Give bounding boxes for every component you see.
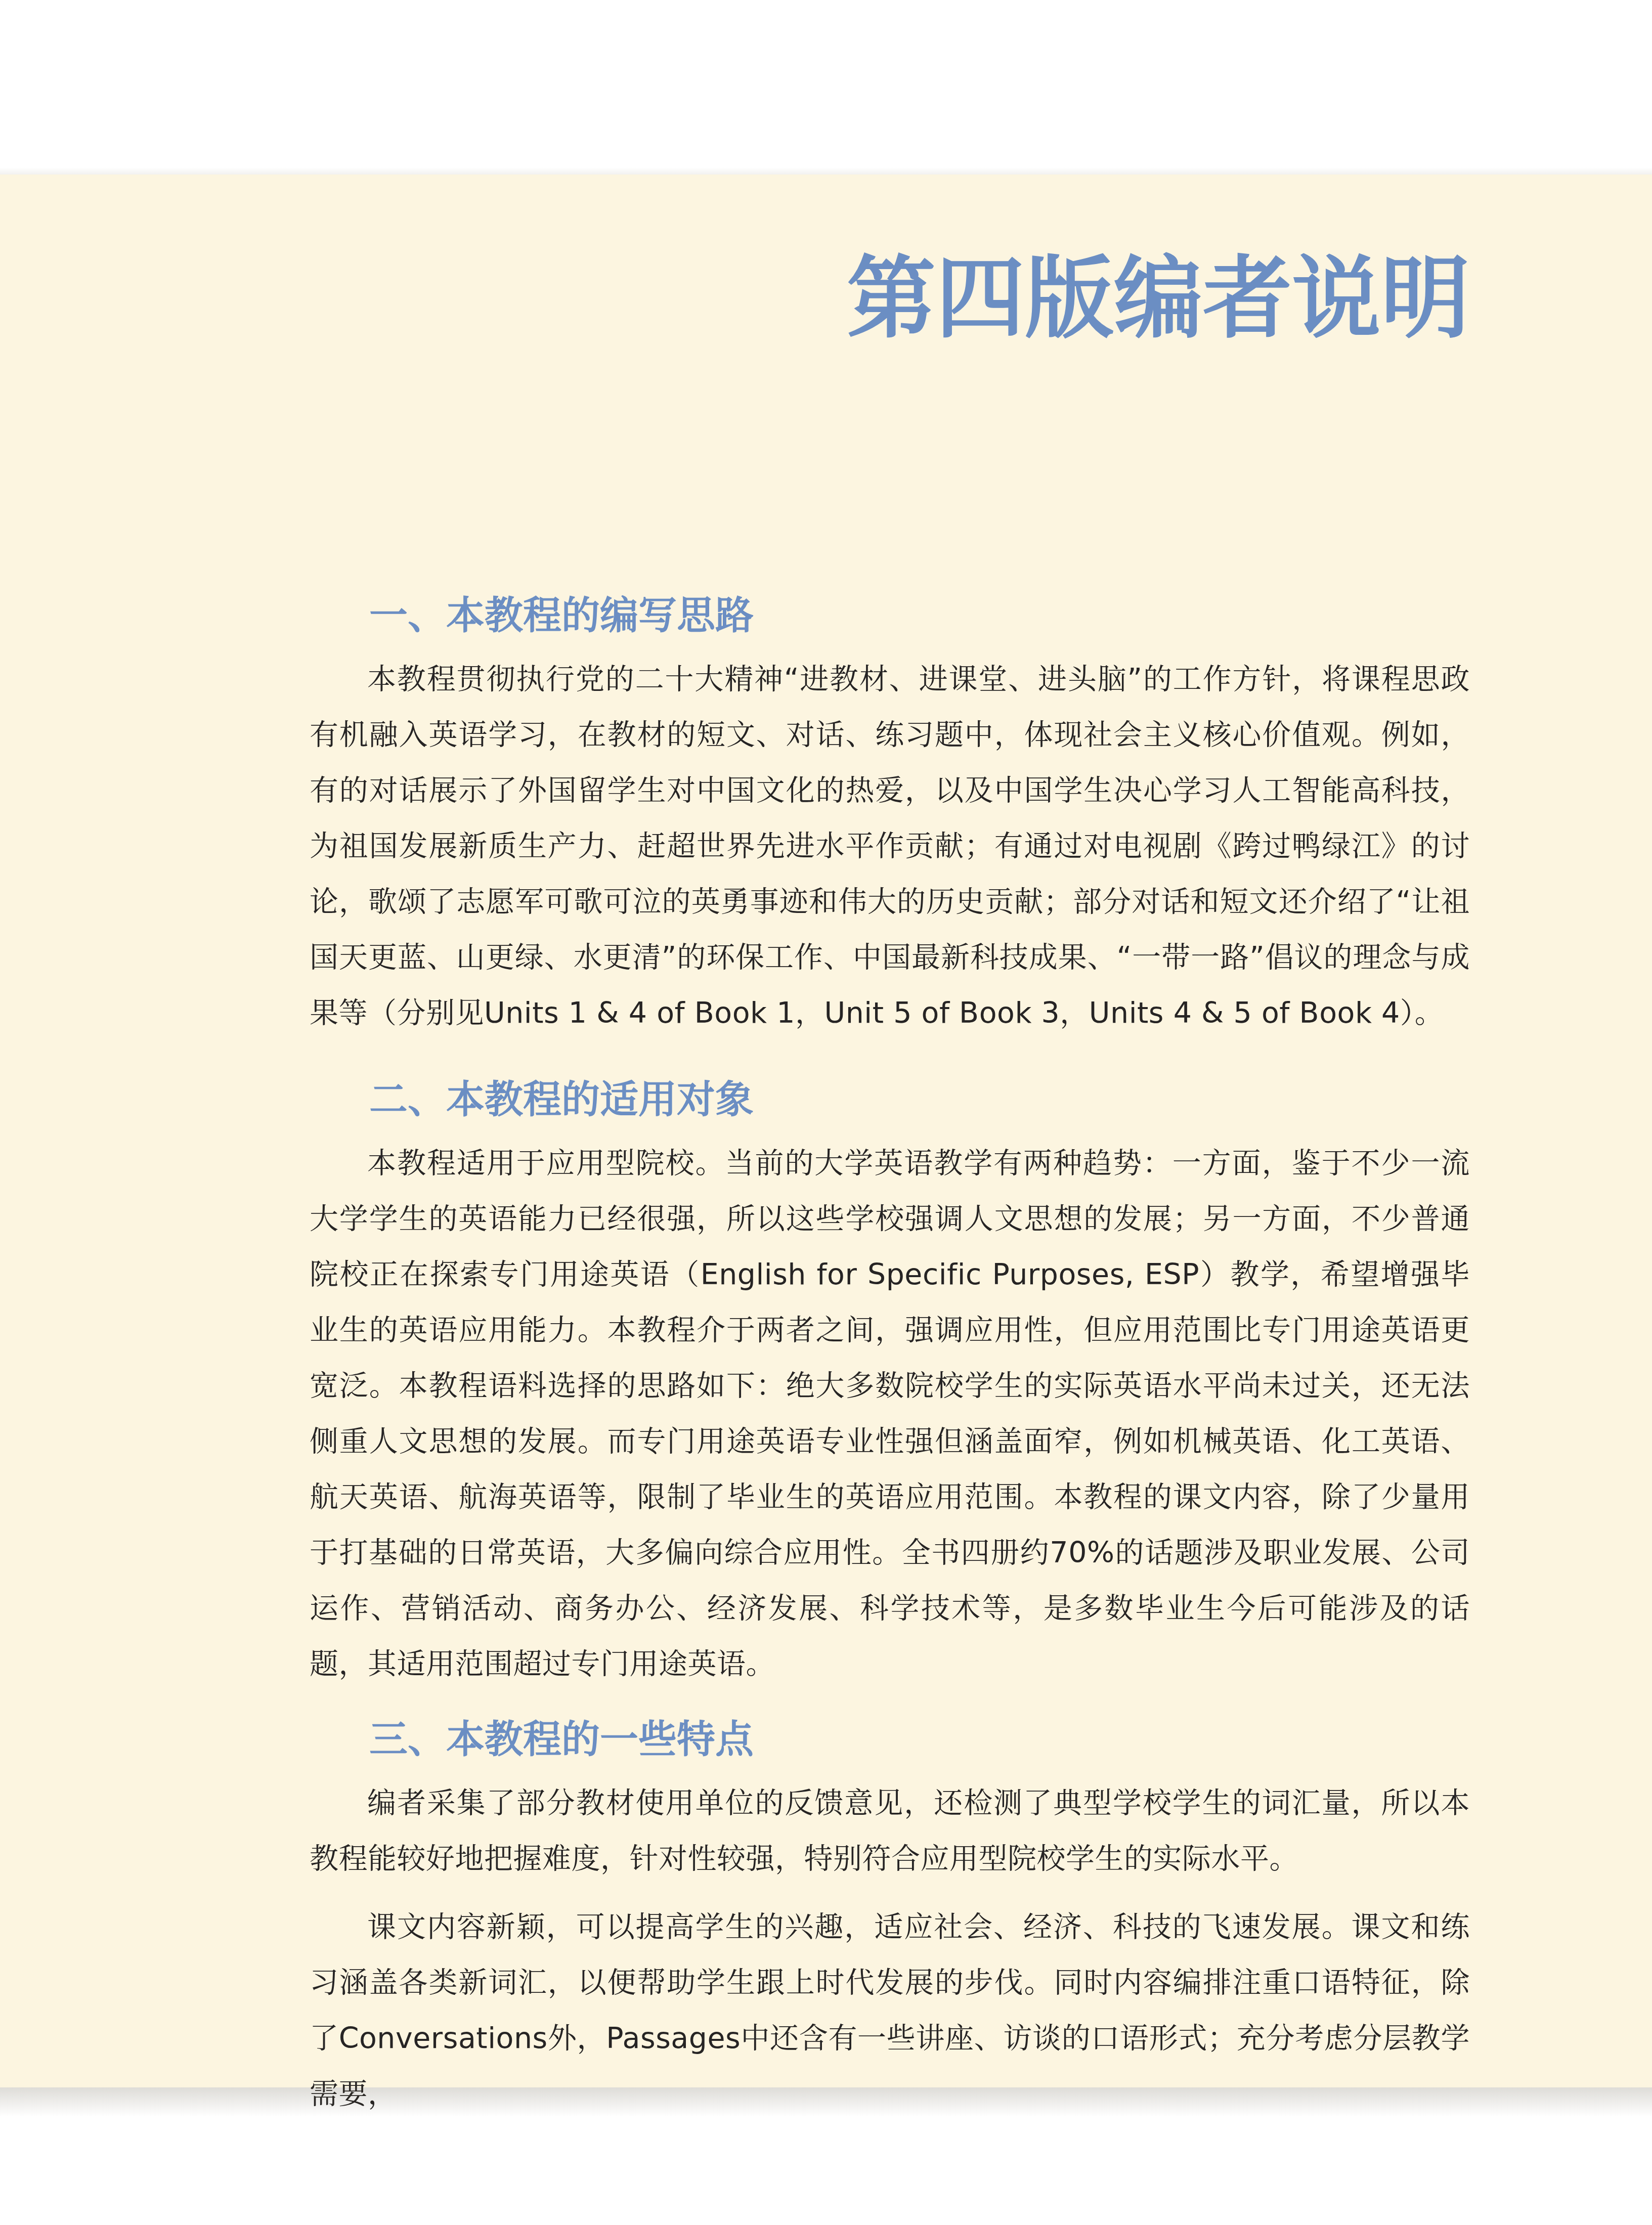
section-features: 三、本教程的一些特点 编者采集了部分教材使用单位的反馈意见，还检测了典型学校学生… (310, 1715, 1470, 2122)
section-3-heading: 三、本教程的一些特点 (369, 1715, 1470, 1763)
page-title: 第四版编者说明 (310, 254, 1470, 343)
section-2-paragraph-1: 本教程适用于应用型院校。当前的大学英语教学有两种趋势：一方面，鉴于不少一流大学学… (310, 1136, 1470, 1692)
section-writing-approach: 一、本教程的编写思路 本教程贯彻执行党的二十大精神“进教材、进课堂、进头脑”的工… (310, 591, 1470, 1041)
section-target-audience: 二、本教程的适用对象 本教程适用于应用型院校。当前的大学英语教学有两种趋势：一方… (310, 1075, 1470, 1692)
section-3-paragraph-1: 编者采集了部分教材使用单位的反馈意见，还检测了典型学校学生的词汇量，所以本教程能… (310, 1775, 1470, 1887)
section-1-paragraph-1: 本教程贯彻执行党的二十大精神“进教材、进课堂、进头脑”的工作方针，将课程思政有机… (310, 651, 1470, 1041)
section-1-heading: 一、本教程的编写思路 (369, 591, 1470, 639)
section-2-heading: 二、本教程的适用对象 (369, 1075, 1470, 1123)
document-page: 第四版编者说明 一、本教程的编写思路 本教程贯彻执行党的二十大精神“进教材、进课… (0, 0, 1652, 2225)
content-panel: 第四版编者说明 一、本教程的编写思路 本教程贯彻执行党的二十大精神“进教材、进课… (0, 174, 1652, 2087)
section-3-paragraph-2: 课文内容新颖，可以提高学生的兴趣，适应社会、经济、科技的飞速发展。课文和练习涵盖… (310, 1899, 1470, 2122)
